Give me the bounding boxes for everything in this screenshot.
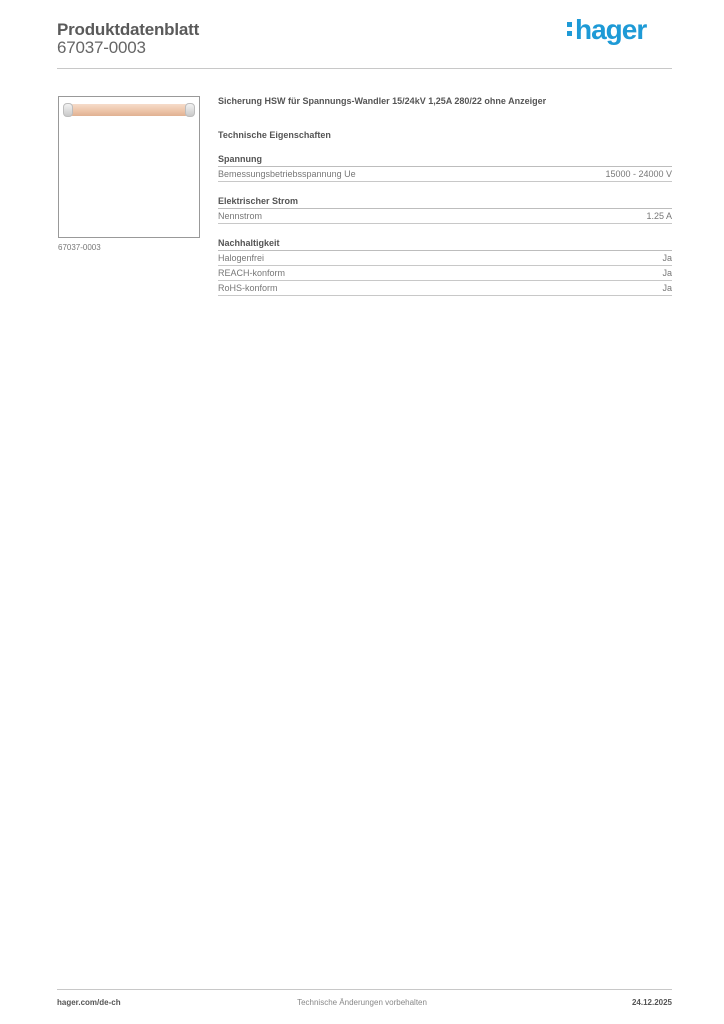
logo-text: hager — [575, 14, 646, 45]
page-title: Produktdatenblatt — [57, 20, 199, 40]
group-heading: Elektrischer Strom — [218, 196, 672, 209]
header-divider — [57, 68, 672, 69]
property-value: Ja — [662, 284, 672, 293]
property-value: 1.25 A — [646, 212, 672, 221]
footer-disclaimer: Technische Änderungen vorbehalten — [0, 998, 724, 1007]
property-value: Ja — [662, 254, 672, 263]
product-details: Sicherung HSW für Spannungs-Wandler 15/2… — [218, 96, 672, 296]
property-label: REACH-konform — [218, 269, 285, 278]
group-heading: Nachhaltigkeit — [218, 238, 672, 251]
product-image — [58, 96, 200, 238]
article-number: 67037-0003 — [57, 38, 146, 58]
property-row: Nennstrom 1.25 A — [218, 209, 672, 224]
property-label: RoHS-konform — [218, 284, 278, 293]
property-row: Halogenfrei Ja — [218, 251, 672, 266]
property-value: Ja — [662, 269, 672, 278]
group-spannung: Spannung Bemessungsbetriebsspannung Ue 1… — [218, 154, 672, 182]
product-title: Sicherung HSW für Spannungs-Wandler 15/2… — [218, 96, 672, 106]
fuse-cartridge-icon — [63, 103, 195, 117]
property-label: Nennstrom — [218, 212, 262, 221]
property-label: Halogenfrei — [218, 254, 264, 263]
property-row: Bemessungsbetriebsspannung Ue 15000 - 24… — [218, 167, 672, 182]
property-value: 15000 - 24000 V — [605, 170, 672, 179]
hager-logo: hager — [567, 14, 646, 46]
technical-properties-heading: Technische Eigenschaften — [218, 130, 672, 140]
footer-divider — [57, 989, 672, 990]
footer-date: 24.12.2025 — [632, 998, 672, 1007]
group-nachhaltigkeit: Nachhaltigkeit Halogenfrei Ja REACH-konf… — [218, 238, 672, 296]
product-image-caption: 67037-0003 — [58, 243, 101, 252]
property-row: REACH-konform Ja — [218, 266, 672, 281]
group-heading: Spannung — [218, 154, 672, 167]
property-label: Bemessungsbetriebsspannung Ue — [218, 170, 356, 179]
property-row: RoHS-konform Ja — [218, 281, 672, 296]
group-elektrischer-strom: Elektrischer Strom Nennstrom 1.25 A — [218, 196, 672, 224]
